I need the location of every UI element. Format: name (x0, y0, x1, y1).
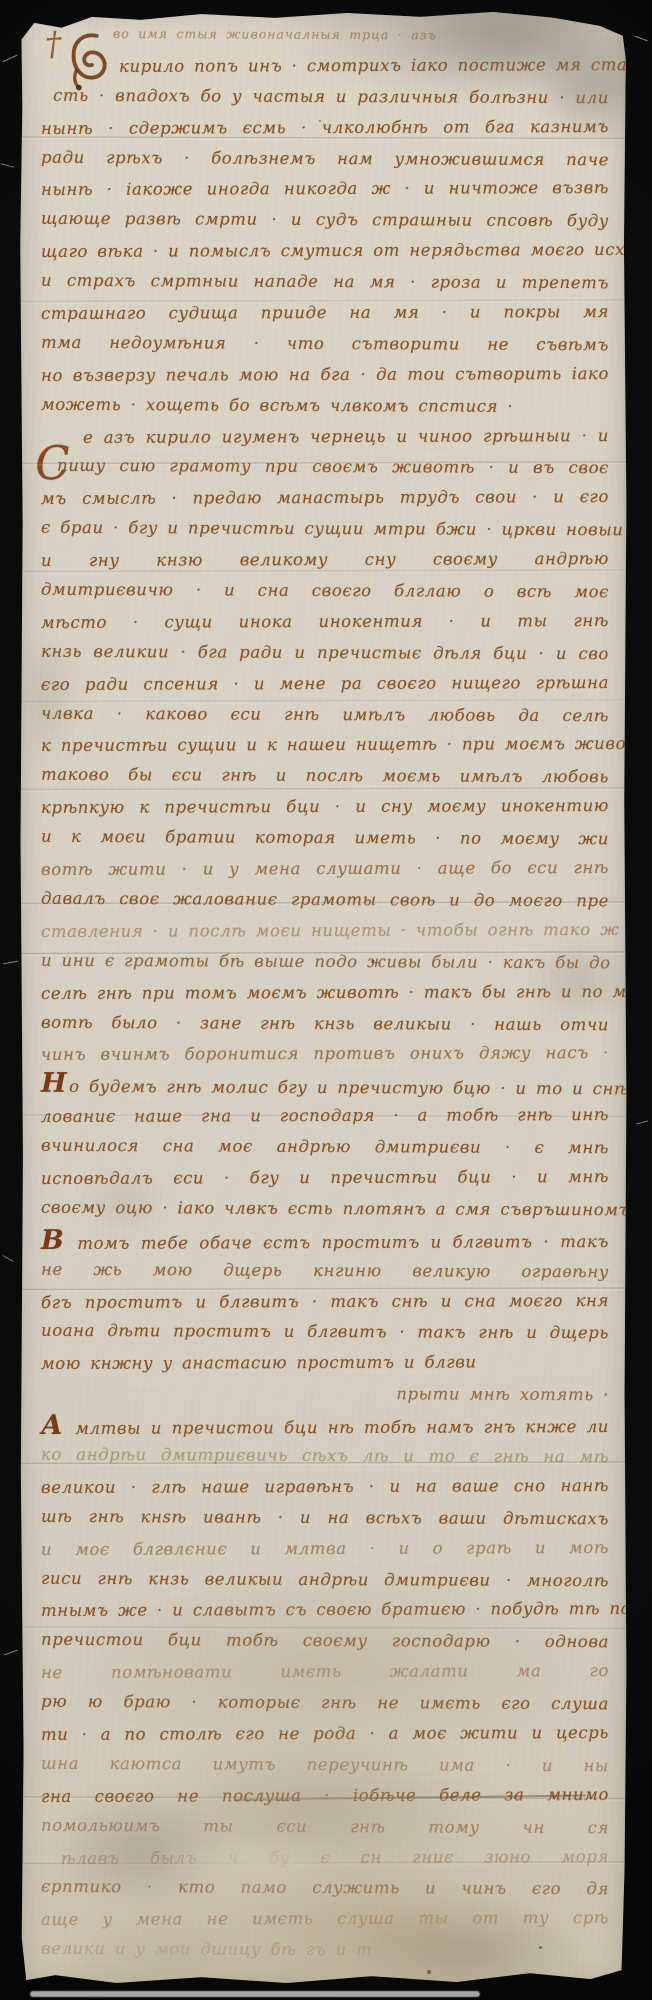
text-line: тнымъ же · и славытъ съ своєю братиєю · … (41, 1594, 609, 1627)
text-line: нынѣ · іакоже иногда никогда ж · и ничто… (41, 173, 609, 206)
text-line: ко андрѣи дмитриєвичь сѣхъ лѣ и то є гнѣ… (41, 1440, 609, 1473)
text-line: но възверзу печаль мою на бга · да тои с… (41, 359, 609, 392)
text-lines: во имя стыя живоначалныя трца · азъкирил… (41, 20, 609, 1966)
photograph-of-manuscript: з † С во имя стыя живоначалныя трца · аз… (0, 0, 652, 2000)
text-line: и к моєи братии которая иметь · по моєму… (41, 822, 609, 855)
text-line: иоана дѣти проститъ и блгвитъ · такъ гнѣ… (41, 1316, 609, 1349)
text-line: и моє блгвлєниє и млтва · и о граѣ и моѣ (41, 1533, 609, 1566)
dust-fiber (634, 36, 647, 42)
text-line: и ини є грамоты бѣ выше подо живы были ·… (41, 945, 609, 978)
text-line: великои · глѣ наше играѳѣнъ · и на ваше … (41, 1471, 609, 1504)
text-line: велики и у мои дшицу бѣ гъ и т (41, 1934, 609, 1967)
dust-fiber (636, 1120, 648, 1124)
text-line: вотѣ жити · и у мена слушати · аще бо єс… (41, 853, 609, 886)
corner-pen-mark: з (35, 10, 40, 20)
text-line: гна своєго не послуша · іобѣче беле за м… (41, 1780, 609, 1813)
text-line: не жь мою дщерь кнгиню великую ограѳѣну (41, 1254, 609, 1287)
text-line: и страхъ смртныи нападе на мя · гроза и … (41, 266, 609, 299)
text-line: сть · впадохъ бо у частыя и различныя бо… (53, 81, 609, 114)
text-line: пишу сию грамоту при своємъ животѣ · и в… (57, 451, 609, 484)
text-line: селѣ гнѣ при томъ моємъ животѣ · такъ бы… (41, 977, 609, 1010)
text-line: бгъ проститъ и блгвитъ · такъ снѣ и сна … (41, 1286, 609, 1319)
text-line: не помѣновати имєть жалати ма го (41, 1656, 609, 1689)
text-line: рю ю браю · которыє гнѣ не имєть єго слу… (41, 1687, 609, 1720)
text-line: дмитриєвичю · и сна своєго блглаю о всѣ … (41, 575, 609, 608)
initial-capital: В (41, 1225, 67, 1256)
ink-speck (427, 1970, 431, 1974)
text-line: прыти мнѣ хотять · (41, 1378, 609, 1411)
initial-capital: Н (41, 1068, 69, 1099)
dust-fiber (1, 163, 14, 167)
text-line: ти · а по столѣ єго не рода · а моє жити… (41, 1718, 609, 1751)
text-line: аще у мена не имєть слуша ты от ту срѣ (41, 1903, 609, 1936)
text-line: е азъ кирило игуменъ чернець и чиноо грѣ… (83, 421, 609, 454)
text-line: єрптико · кто памо служить и чинъ єго дя (41, 1872, 609, 1905)
dust-fiber (3, 55, 18, 63)
text-line: своєму оцю · іако члвкъ єсть плотянъ а с… (41, 1193, 609, 1226)
text-line: нынѣ · сдержимъ єсмь · члколюбнѣ от бга … (41, 112, 609, 145)
text-line: щающе развѣ смрти · и судъ страшныи спсо… (41, 204, 609, 237)
text-line: є браи · бгу и пречистѣи сущии мтри бжи … (41, 513, 609, 546)
text-line: шна каютса имутъ переучинѣ има · и ны (41, 1749, 609, 1782)
text-line: ставления · и послѣ моєи нищеты · чтобы … (41, 915, 609, 948)
text-line: шѣ гнѣ кнѕѣ иванѣ · и на всѣхъ ваши дѣти… (41, 1502, 609, 1535)
text-line: и гну кнзю великому сну своєму андрѣю (41, 544, 609, 577)
text-line: к пречистѣи сущии и к нашеи нищетѣ · при… (41, 729, 609, 762)
text-line: ради грѣхъ · болѣзнемъ нам умножившимся … (41, 142, 609, 175)
text-line: чинъ вчинмъ боронитися противъ онихъ дяж… (41, 1038, 609, 1071)
dust-fiber (3, 961, 18, 965)
text-line: во имя стыя живоначалныя трца · азъ (113, 19, 609, 52)
text-line: пречистои бци тобѣ своєму господарю · од… (41, 1625, 609, 1658)
text-line: страшнаго судища прииде на мя · и покры … (41, 297, 609, 330)
text-line: можеть · хощеть бо всѣмъ члвкомъ спстися… (41, 389, 609, 422)
text-line: таково бы єси гнѣ и послѣ моємь имѣлъ лю… (41, 760, 609, 793)
text-line: гиси гнѣ кнзь великыи андрѣи дмитриєви ·… (41, 1563, 609, 1596)
text-line: щаго вѣка · и помыслъ смутися от нерядьс… (41, 235, 609, 268)
text-line: мѣсто · сущи инока инокентия · и ты гнѣ (41, 606, 609, 639)
text-line: тма недоумѣния · что сътворити не съвѣмъ (41, 328, 609, 361)
text-line: ѣлавъ былъ ч бу є сн гниє зюно моря (61, 1842, 609, 1875)
text-line: В томъ тебе обаче єстъ проститъ и блгвит… (41, 1224, 609, 1257)
dust-fiber (4, 1650, 17, 1656)
text-line: мою кнжну у анастасию проститъ и блгви (41, 1347, 609, 1380)
initial-capital: А (41, 1410, 66, 1441)
text-line: исповѣдалъ єси · бгу и пречистѣи бци · и… (41, 1162, 609, 1195)
text-line: помольюимъ ты єси гнѣ тому чн ся (41, 1810, 609, 1843)
text-line: члвка · каково єси гнѣ имѣлъ любовь да с… (41, 698, 609, 731)
text-line: давалъ своє жалованиє грамоты своѣ и до … (41, 884, 609, 917)
scanner-edge-strip (30, 1991, 480, 1997)
parchment: з † С во имя стыя живоначалныя трца · аз… (19, 8, 627, 1988)
text-line: єго ради спсения · и мене ра своєго нище… (41, 668, 609, 701)
text-line: мъ смыслѣ · предаю манастырь трудъ свои … (41, 482, 609, 515)
dust-fiber (3, 1255, 14, 1262)
text-line: Но будемъ гнѣ молис бгу и пречистую бцю … (41, 1069, 609, 1102)
text-line: лованиє наше гна и господаря · а тобѣ гн… (41, 1100, 609, 1133)
text-line: вотѣ было · зане гнѣ кнзь великыи · нашь… (41, 1007, 609, 1040)
text-line: кнзь великии · бга ради и пречистыє дѣля… (41, 637, 609, 670)
text-line: вчинилося сна моє андрѣю дмитриєви · є м… (41, 1131, 609, 1164)
text-line: кирило попъ инъ · смотрихъ іако постиже … (119, 50, 609, 83)
text-line: крѣпкую к пречистѣи бци · и сну моєму ин… (41, 791, 609, 824)
text-line: А млтвы и пречистои бци нѣ тобѣ намъ гнъ… (41, 1409, 609, 1442)
